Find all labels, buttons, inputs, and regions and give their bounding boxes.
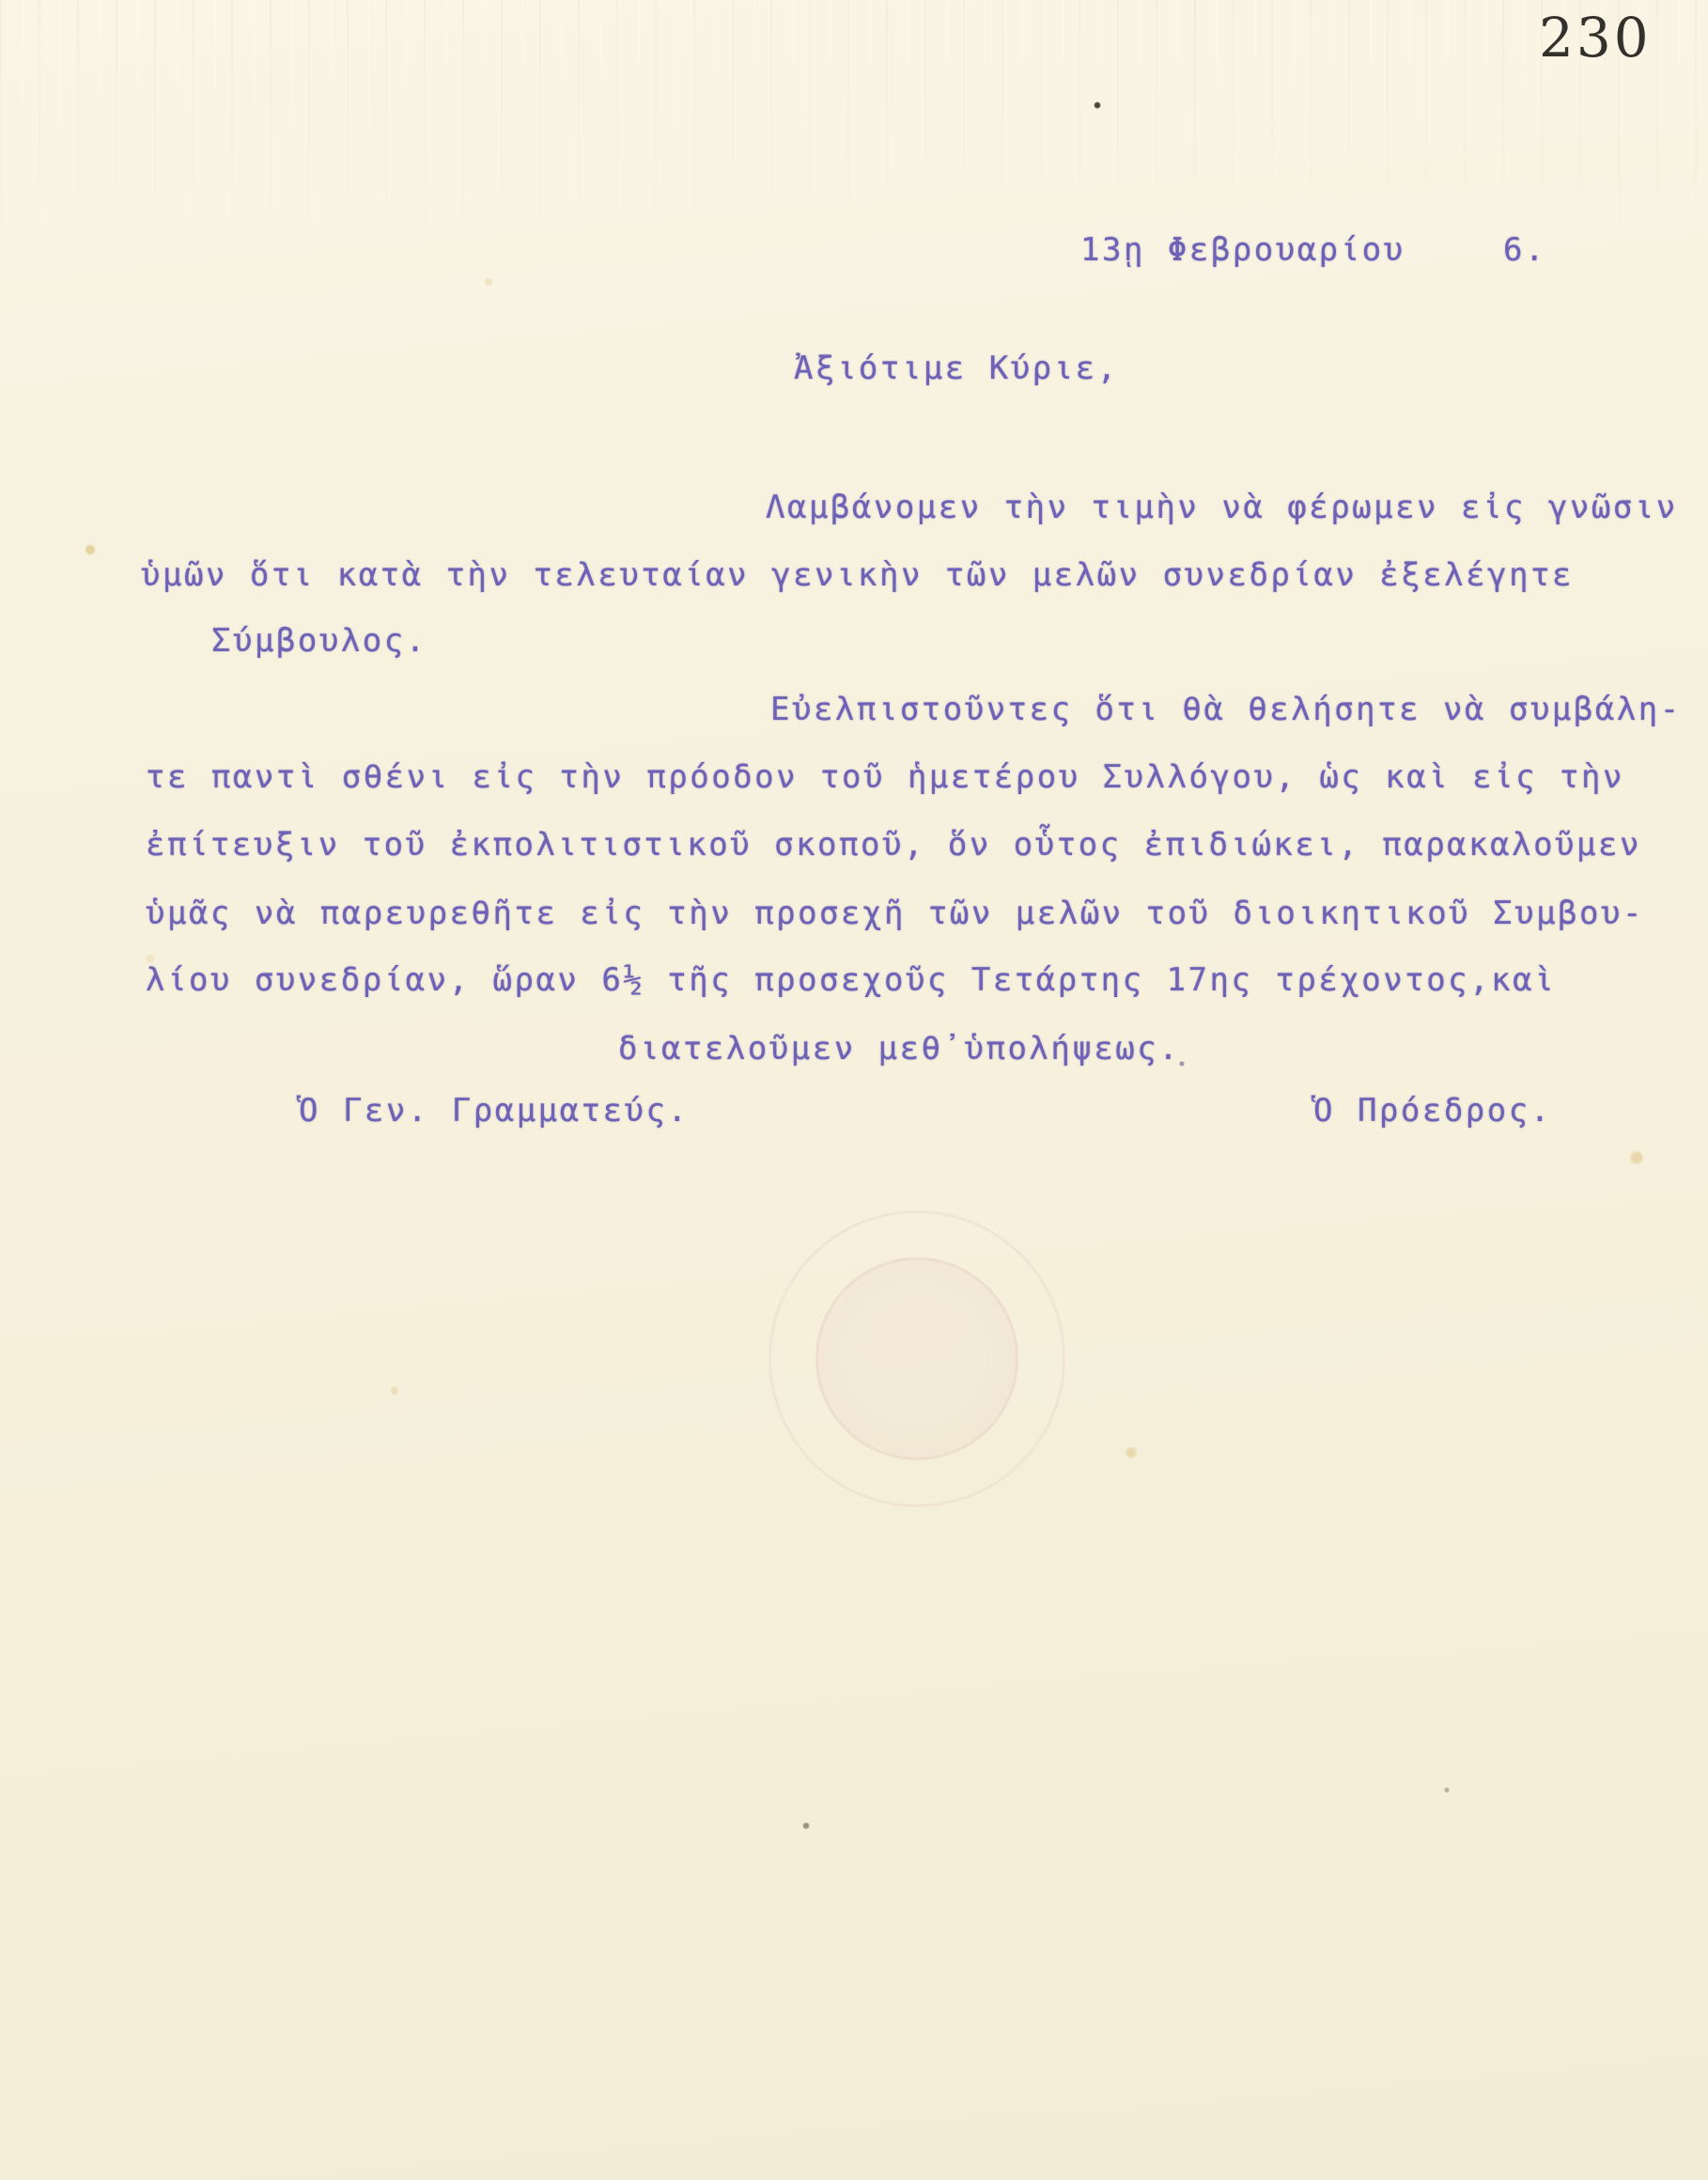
paragraph2-line5: λίου συνεδρίαν, ὥραν 6½ τῆς προσεχοῦς Τε… bbox=[146, 961, 1556, 999]
date-number: 6. bbox=[1503, 231, 1546, 269]
paragraph1-line3: Σύμβουλος. bbox=[211, 622, 427, 660]
paragraph2-line3: ἐπίτευξιν τοῦ ἐκπολιτιστικοῦ σκοποῦ, ὅν … bbox=[146, 826, 1641, 864]
paragraph1-line1: Λαμβάνομεν τὴν τιμὴν νὰ φέρωμεν εἰς γνῶσ… bbox=[766, 489, 1678, 526]
paragraph2-line2: τε παντὶ σθένι εἰς τὴν πρόοδον τοῦ ἡμετέ… bbox=[146, 758, 1624, 796]
signature-general-secretary: Ὁ Γεν. Γραμματεύς. bbox=[299, 1092, 689, 1129]
closing-line: διατελοῦμεν μεθ᾽ὑπολήψεως. bbox=[618, 1030, 1180, 1067]
paragraph2-line1: Εὐελπιστοῦντες ὅτι θὰ θελήσητε νὰ συμβάλ… bbox=[770, 691, 1682, 728]
date-text: 13ῃ Φεβρουαρίου bbox=[1080, 231, 1405, 269]
faint-stamp-impression-inner bbox=[815, 1257, 1018, 1460]
scanned-letter-page: 230 13ῃ Φεβρουαρίου 6. Ἀξιότιμε Κύριε, Λ… bbox=[0, 0, 1708, 2180]
paper-aging-stains bbox=[0, 0, 1708, 2180]
signature-president: Ὁ Πρόεδρος. bbox=[1313, 1092, 1552, 1129]
salutation: Ἀξιότιμε Κύριε, bbox=[794, 350, 1119, 387]
date-line: 13ῃ Φεβρουαρίου 6. bbox=[1080, 231, 1405, 269]
paragraph2-line4: ὑμᾶς νὰ παρευρεθῆτε εἰς τὴν προσεχῆ τῶν … bbox=[146, 895, 1644, 932]
paragraph1-line2: ὑμῶν ὅτι κατὰ τὴν τελευταίαν γενικὴν τῶν… bbox=[141, 556, 1574, 594]
page-number: 230 bbox=[1539, 6, 1652, 70]
